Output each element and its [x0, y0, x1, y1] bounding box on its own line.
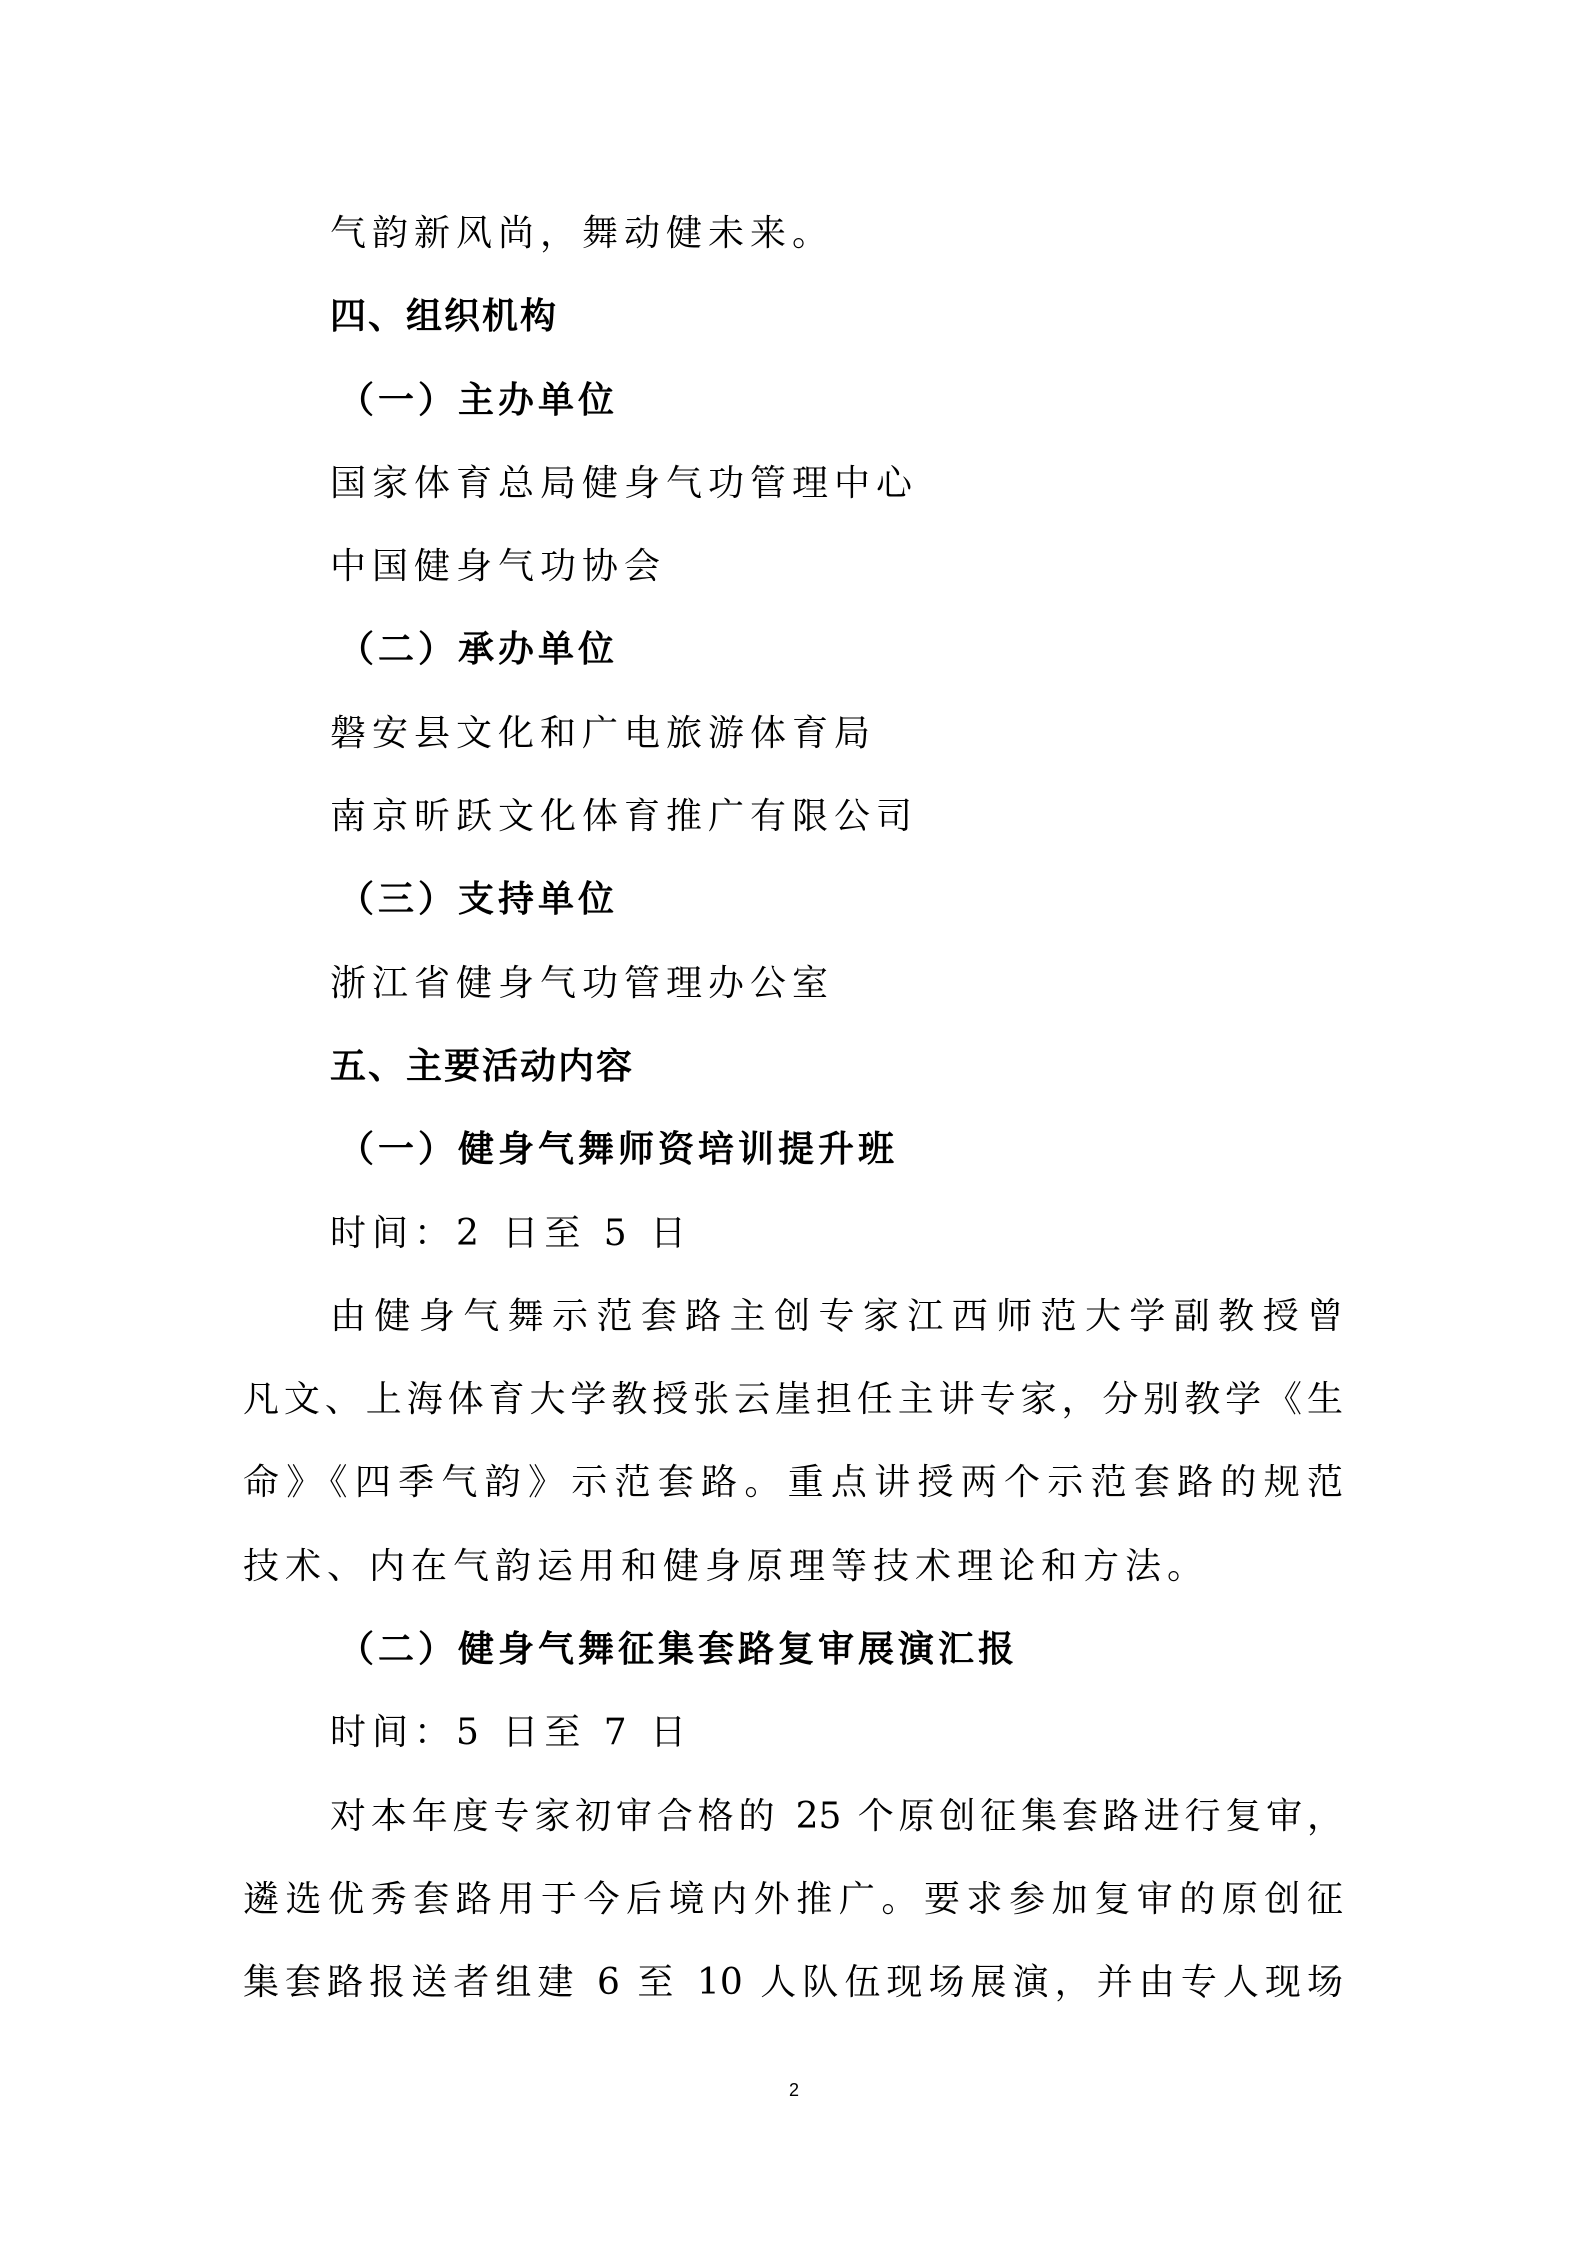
host-unit-item: 国家体育总局健身气功管理中心 [243, 442, 1343, 525]
training-paragraph-line: 凡文、上海体育大学教授张云崖担任主讲专家，分别教学《生 [243, 1358, 1343, 1441]
support-unit-item: 浙江省健身气功管理办公室 [243, 942, 1343, 1025]
training-paragraph-line: 由健身气舞示范套路主创专家江西师范大学副教授曾 [243, 1275, 1343, 1358]
host-unit-item: 中国健身气功协会 [243, 525, 1343, 608]
review-paragraph-line: 对本年度专家初审合格的 25 个原创征集套路进行复审， [243, 1775, 1343, 1858]
review-paragraph-line: 集套路报送者组建 6 至 10 人队伍现场展演，并由专人现场 [243, 1941, 1343, 2024]
training-paragraph-line: 命》《四季气韵》示范套路。重点讲授两个示范套路的规范 [243, 1441, 1343, 1524]
subheading-support-units: （三）支持单位 [243, 858, 1343, 941]
subheading-teacher-training: （一）健身气舞师资培训提升班 [243, 1108, 1343, 1191]
page-number: 2 [0, 2080, 1588, 2101]
training-paragraph-line: 技术、内在气韵运用和健身原理等技术理论和方法。 [243, 1525, 1343, 1608]
training-time: 时间：2 日至 5 日 [243, 1192, 1343, 1275]
document-body: 气韵新风尚，舞动健未来。 四、组织机构 （一）主办单位 国家体育总局健身气功管理… [243, 192, 1343, 2025]
subheading-host-units: （一）主办单位 [243, 359, 1343, 442]
subheading-organizer-units: （二）承办单位 [243, 608, 1343, 691]
body-paragraph-slogan: 气韵新风尚，舞动健未来。 [243, 192, 1343, 275]
review-time: 时间：5 日至 7 日 [243, 1691, 1343, 1774]
organizer-unit-item: 磐安县文化和广电旅游体育局 [243, 692, 1343, 775]
subheading-routine-review: （二）健身气舞征集套路复审展演汇报 [243, 1608, 1343, 1691]
document-page: 气韵新风尚，舞动健未来。 四、组织机构 （一）主办单位 国家体育总局健身气功管理… [0, 0, 1588, 2245]
section-heading-activities: 五、主要活动内容 [243, 1025, 1343, 1108]
section-heading-organization: 四、组织机构 [243, 275, 1343, 358]
organizer-unit-item: 南京昕跃文化体育推广有限公司 [243, 775, 1343, 858]
review-paragraph-line: 遴选优秀套路用于今后境内外推广。要求参加复审的原创征 [243, 1858, 1343, 1941]
